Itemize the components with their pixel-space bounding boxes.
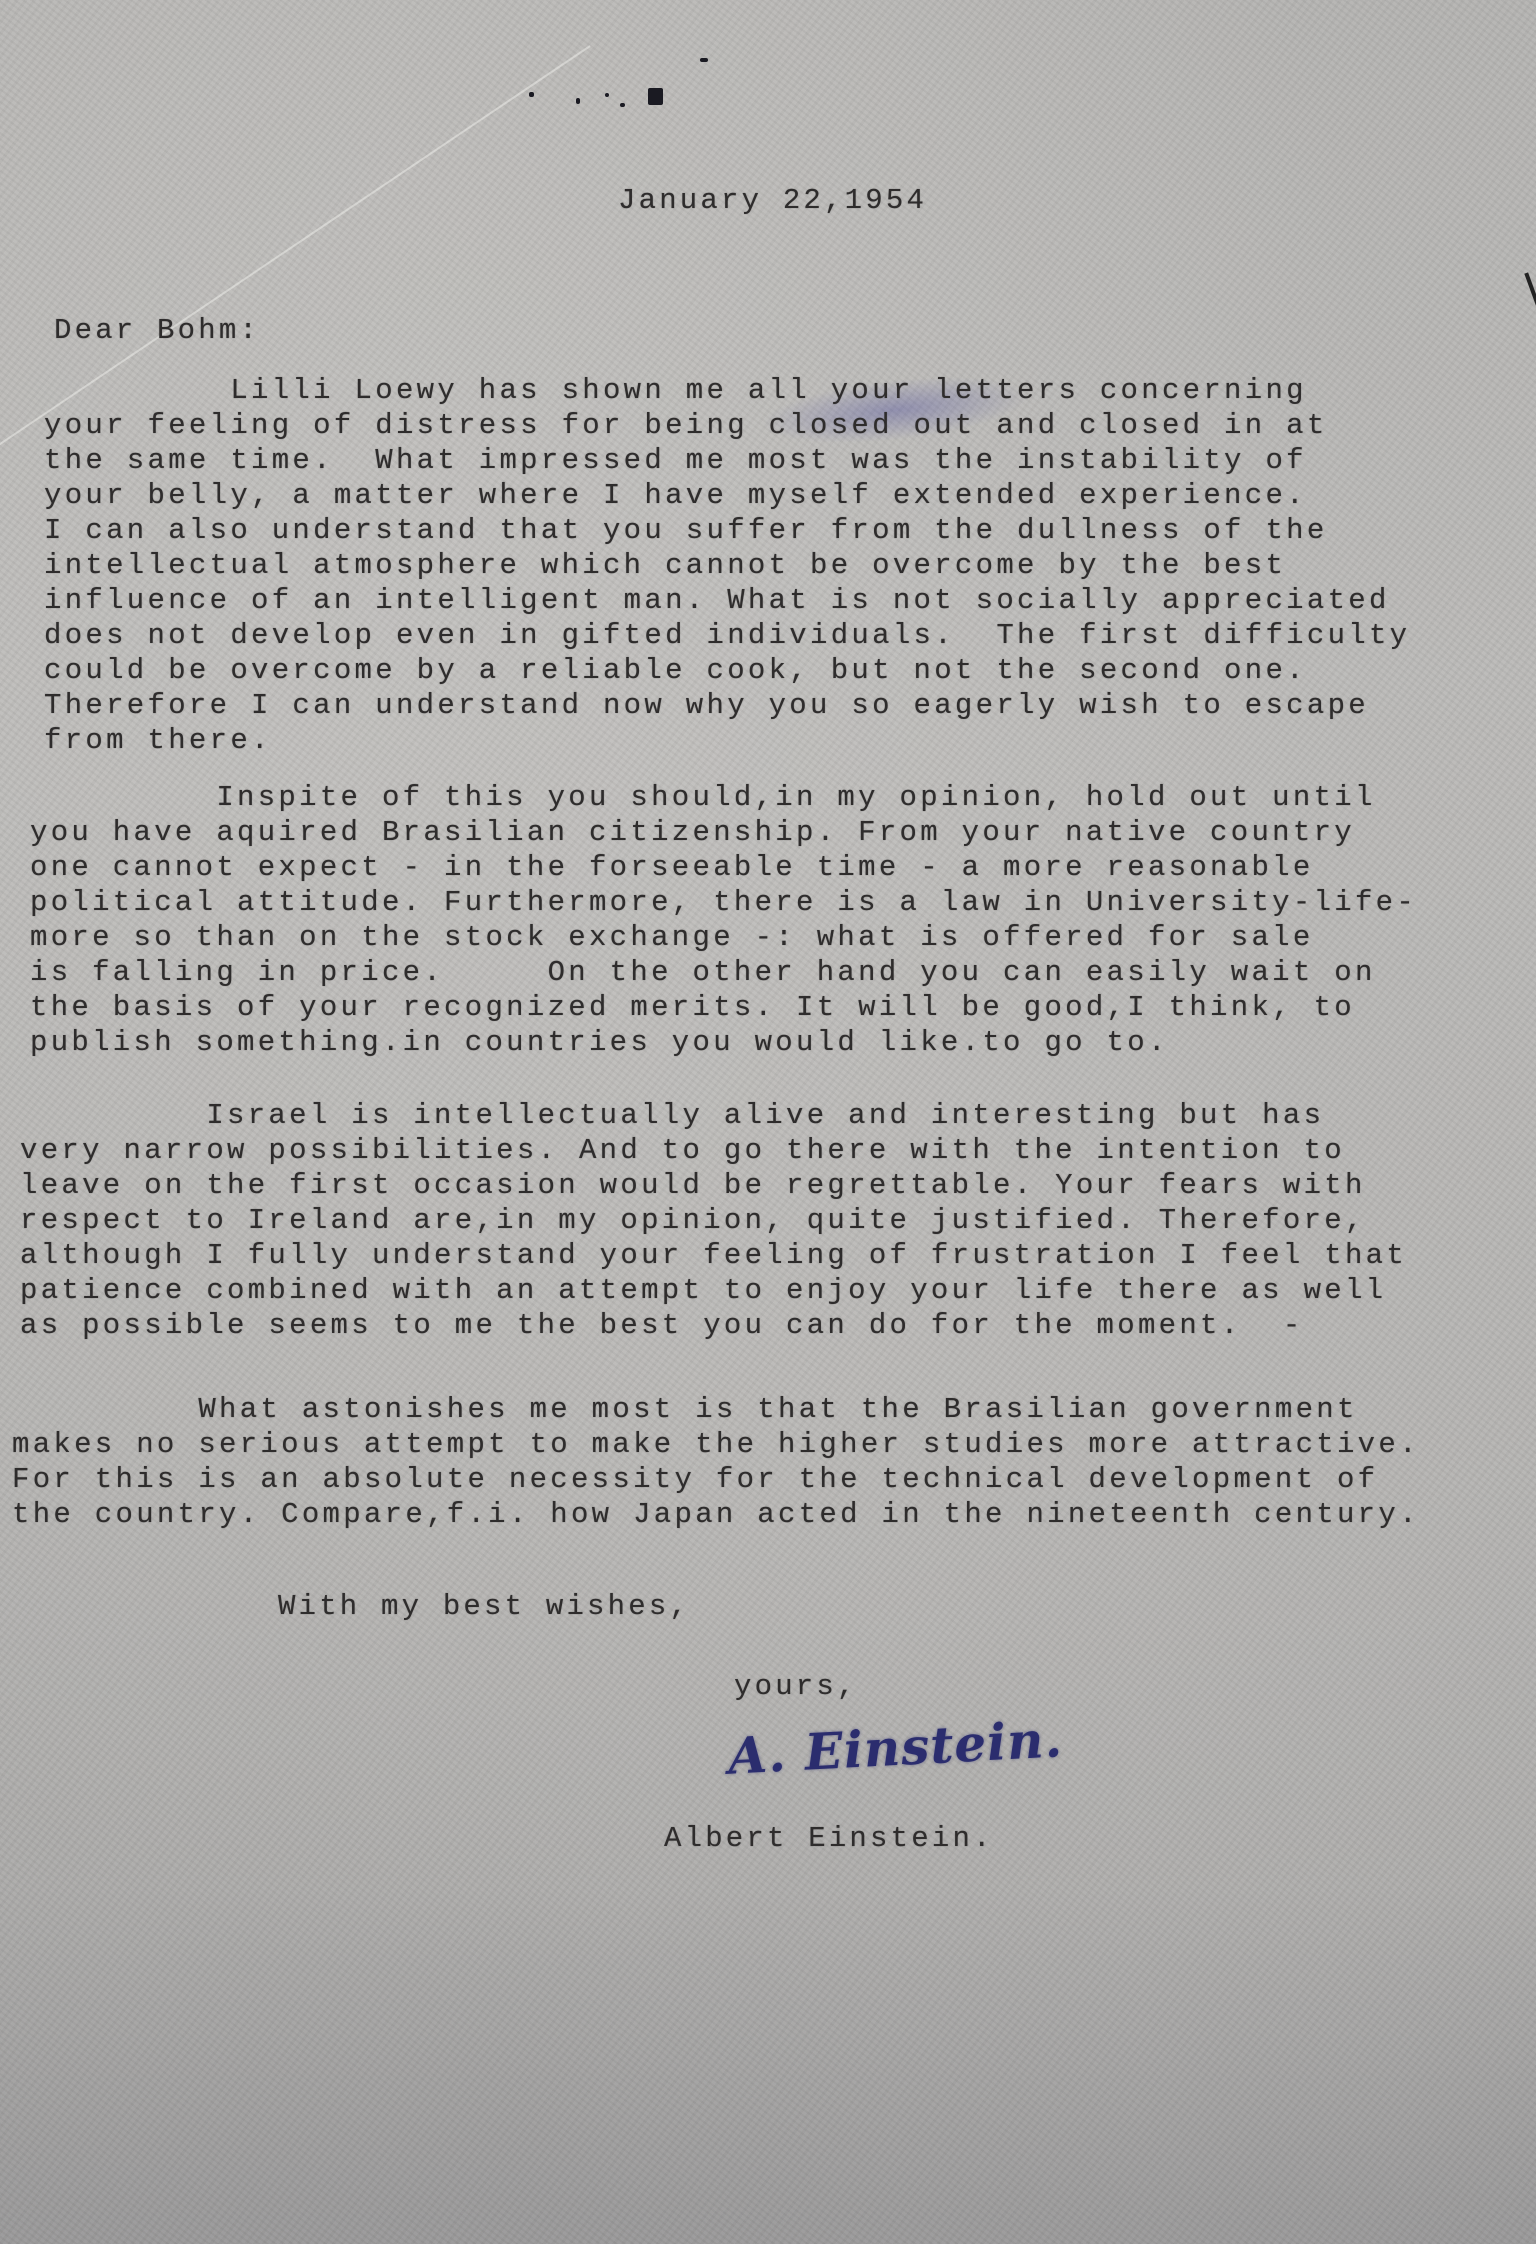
text-line: Israel is intellectually alive and inter… [20, 1098, 1407, 1133]
text-line: Therefore I can understand now why you s… [44, 688, 1410, 723]
text-line: your belly, a matter where I have myself… [44, 478, 1410, 513]
text-line: more so than on the stock exchange -: wh… [30, 920, 1417, 955]
paragraph-3: Israel is intellectually alive and inter… [20, 1098, 1407, 1343]
text-line: from there. [44, 723, 1410, 758]
text-line: makes no serious attempt to make the hig… [12, 1427, 1420, 1462]
paragraph-4: What astonishes me most is that the Bras… [12, 1392, 1420, 1532]
ink-speck [605, 93, 609, 97]
text-line: does not develop even in gifted individu… [44, 618, 1410, 653]
text-line: could be overcome by a reliable cook, bu… [44, 653, 1410, 688]
text-line: patience combined with an attempt to enj… [20, 1273, 1407, 1308]
text-line: you have aquired Brasilian citizenship. … [30, 815, 1417, 850]
text-line: influence of an intelligent man. What is… [44, 583, 1410, 618]
paragraph-1: Lilli Loewy has shown me all your letter… [44, 373, 1410, 758]
text-line: For this is an absolute necessity for th… [12, 1462, 1420, 1497]
bleed-through-shadow [0, 1884, 1536, 2244]
valediction: yours, [734, 1672, 858, 1701]
text-line: the same time. What impressed me most wa… [44, 443, 1410, 478]
text-line: is falling in price. On the other hand y… [30, 955, 1417, 990]
text-line: the basis of your recognized merits. It … [30, 990, 1417, 1025]
paragraph-2: Inspite of this you should,in my opinion… [30, 780, 1417, 1060]
text-line: as possible seems to me the best you can… [20, 1308, 1407, 1343]
text-line: very narrow possibilities. And to go the… [20, 1133, 1407, 1168]
text-line: respect to Ireland are,in my opinion, qu… [20, 1203, 1407, 1238]
text-line: your feeling of distress for being close… [44, 408, 1410, 443]
text-line: What astonishes me most is that the Bras… [12, 1392, 1420, 1427]
text-line: I can also understand that you suffer fr… [44, 513, 1410, 548]
text-line: political attitude. Furthermore, there i… [30, 885, 1417, 920]
letter-date: January 22,1954 [618, 186, 927, 215]
text-line: the country. Compare,f.i. how Japan acte… [12, 1497, 1420, 1532]
ink-speck [620, 103, 625, 107]
text-line: although I fully understand your feeling… [20, 1238, 1407, 1273]
ink-speck [700, 58, 708, 62]
text-line: intellectual atmosphere which cannot be … [44, 548, 1410, 583]
text-line: leave on the first occasion would be reg… [20, 1168, 1407, 1203]
ink-speck [529, 92, 534, 97]
text-line: Lilli Loewy has shown me all your letter… [44, 373, 1410, 408]
text-line: Inspite of this you should,in my opinion… [30, 780, 1417, 815]
typed-name: Albert Einstein. [664, 1824, 994, 1853]
punch-hole-mark [648, 88, 663, 105]
closing-line: With my best wishes, [278, 1592, 690, 1621]
salutation: Dear Bohm: [54, 316, 260, 345]
text-line: one cannot expect - in the forseeable ti… [30, 850, 1417, 885]
text-line: publish something.in countries you would… [30, 1025, 1417, 1060]
ink-speck [576, 98, 580, 104]
